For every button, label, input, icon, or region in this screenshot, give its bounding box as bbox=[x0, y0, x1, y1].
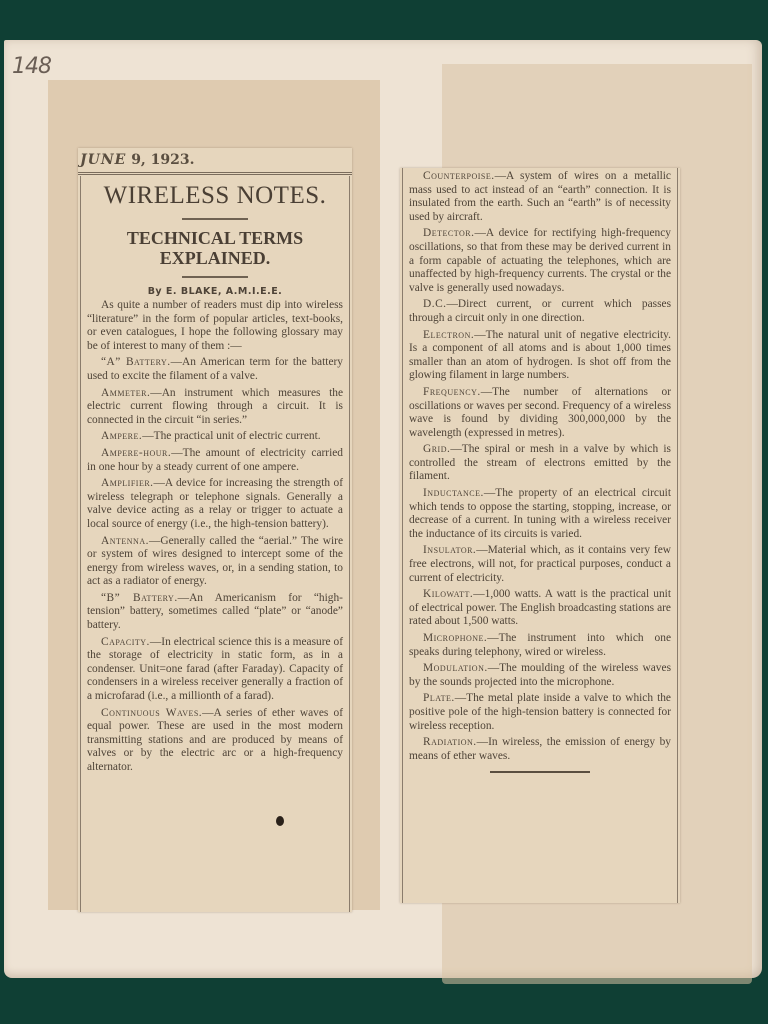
glossary-entry: D.C.—Direct current, or current which pa… bbox=[409, 298, 671, 325]
headline: WIRELESS NOTES. bbox=[87, 182, 343, 210]
subhead-line1: TECHNICAL TERMS bbox=[87, 228, 343, 248]
date-month: JUNE bbox=[80, 152, 126, 168]
byline: By E. BLAKE, A.M.I.E.E. bbox=[87, 286, 343, 297]
glossary-entry: Radiation.—In wireless, the emission of … bbox=[409, 736, 671, 763]
glossary-entry: Amplifier.—A device for increasing the s… bbox=[87, 477, 343, 531]
subhead-line2: EXPLAINED. bbox=[87, 248, 343, 268]
ink-blot bbox=[276, 816, 284, 826]
glossary-entry: Ampere-hour.—The amount of electricity c… bbox=[87, 447, 343, 474]
glossary-entry: Ampere.—The practical unit of electric c… bbox=[87, 430, 343, 444]
date-day-year: 9, 1923. bbox=[131, 152, 194, 168]
glossary-entry: Ammeter.—An instrument which measures th… bbox=[87, 387, 343, 428]
glossary-entry: Grid.—The spiral or mesh in a valve by w… bbox=[409, 443, 671, 484]
handwritten-page-number: 148 bbox=[12, 54, 51, 79]
glossary-entry: Microphone.—The instrument into which on… bbox=[409, 632, 671, 659]
glossary-entry: Modulation.—The moulding of the wireless… bbox=[409, 662, 671, 689]
glossary-entry: Antenna.—Generally called the “aerial.” … bbox=[87, 535, 343, 589]
glossary-entry: Kilowatt.—1,000 watts. A watt is the pra… bbox=[409, 588, 671, 629]
glossary-entry: Insulator.—Material which, as it contain… bbox=[409, 544, 671, 585]
headline-rule bbox=[182, 218, 248, 220]
subhead-rule bbox=[182, 276, 248, 278]
glossary-entry: Continuous Waves.—A series of ether wave… bbox=[87, 707, 343, 775]
article-body-continued: Counterpoise.—A system of wires on a met… bbox=[402, 168, 678, 903]
glossary-entry: Plate.—The metal plate inside a valve to… bbox=[409, 692, 671, 733]
dateline: JUNE 9, 1923. bbox=[78, 148, 352, 175]
newspaper-clipping-left: JUNE 9, 1923. WIRELESS NOTES. TECHNICAL … bbox=[78, 148, 352, 912]
newspaper-clipping-right: Counterpoise.—A system of wires on a met… bbox=[400, 168, 680, 903]
glossary-entry: Counterpoise.—A system of wires on a met… bbox=[409, 170, 671, 224]
intro-paragraph: As quite a number of readers must dip in… bbox=[87, 299, 343, 353]
glossary-entry: “A” Battery.—An American term for the ba… bbox=[87, 356, 343, 383]
glossary-entry: Detector.—A device for rectifying high-f… bbox=[409, 227, 671, 295]
article-body: WIRELESS NOTES. TECHNICAL TERMS EXPLAINE… bbox=[80, 176, 350, 912]
end-rule bbox=[490, 771, 590, 773]
glossary-entry: “B” Battery.—An Americanism for “high-te… bbox=[87, 592, 343, 633]
glossary-entry: Electron.—The natural unit of negative e… bbox=[409, 329, 671, 383]
glossary-entry: Capacity.—In electrical science this is … bbox=[87, 636, 343, 704]
glossary-entry: Frequency.—The number of alternations or… bbox=[409, 386, 671, 440]
glossary-entry: Inductance.—The property of an electrica… bbox=[409, 487, 671, 541]
